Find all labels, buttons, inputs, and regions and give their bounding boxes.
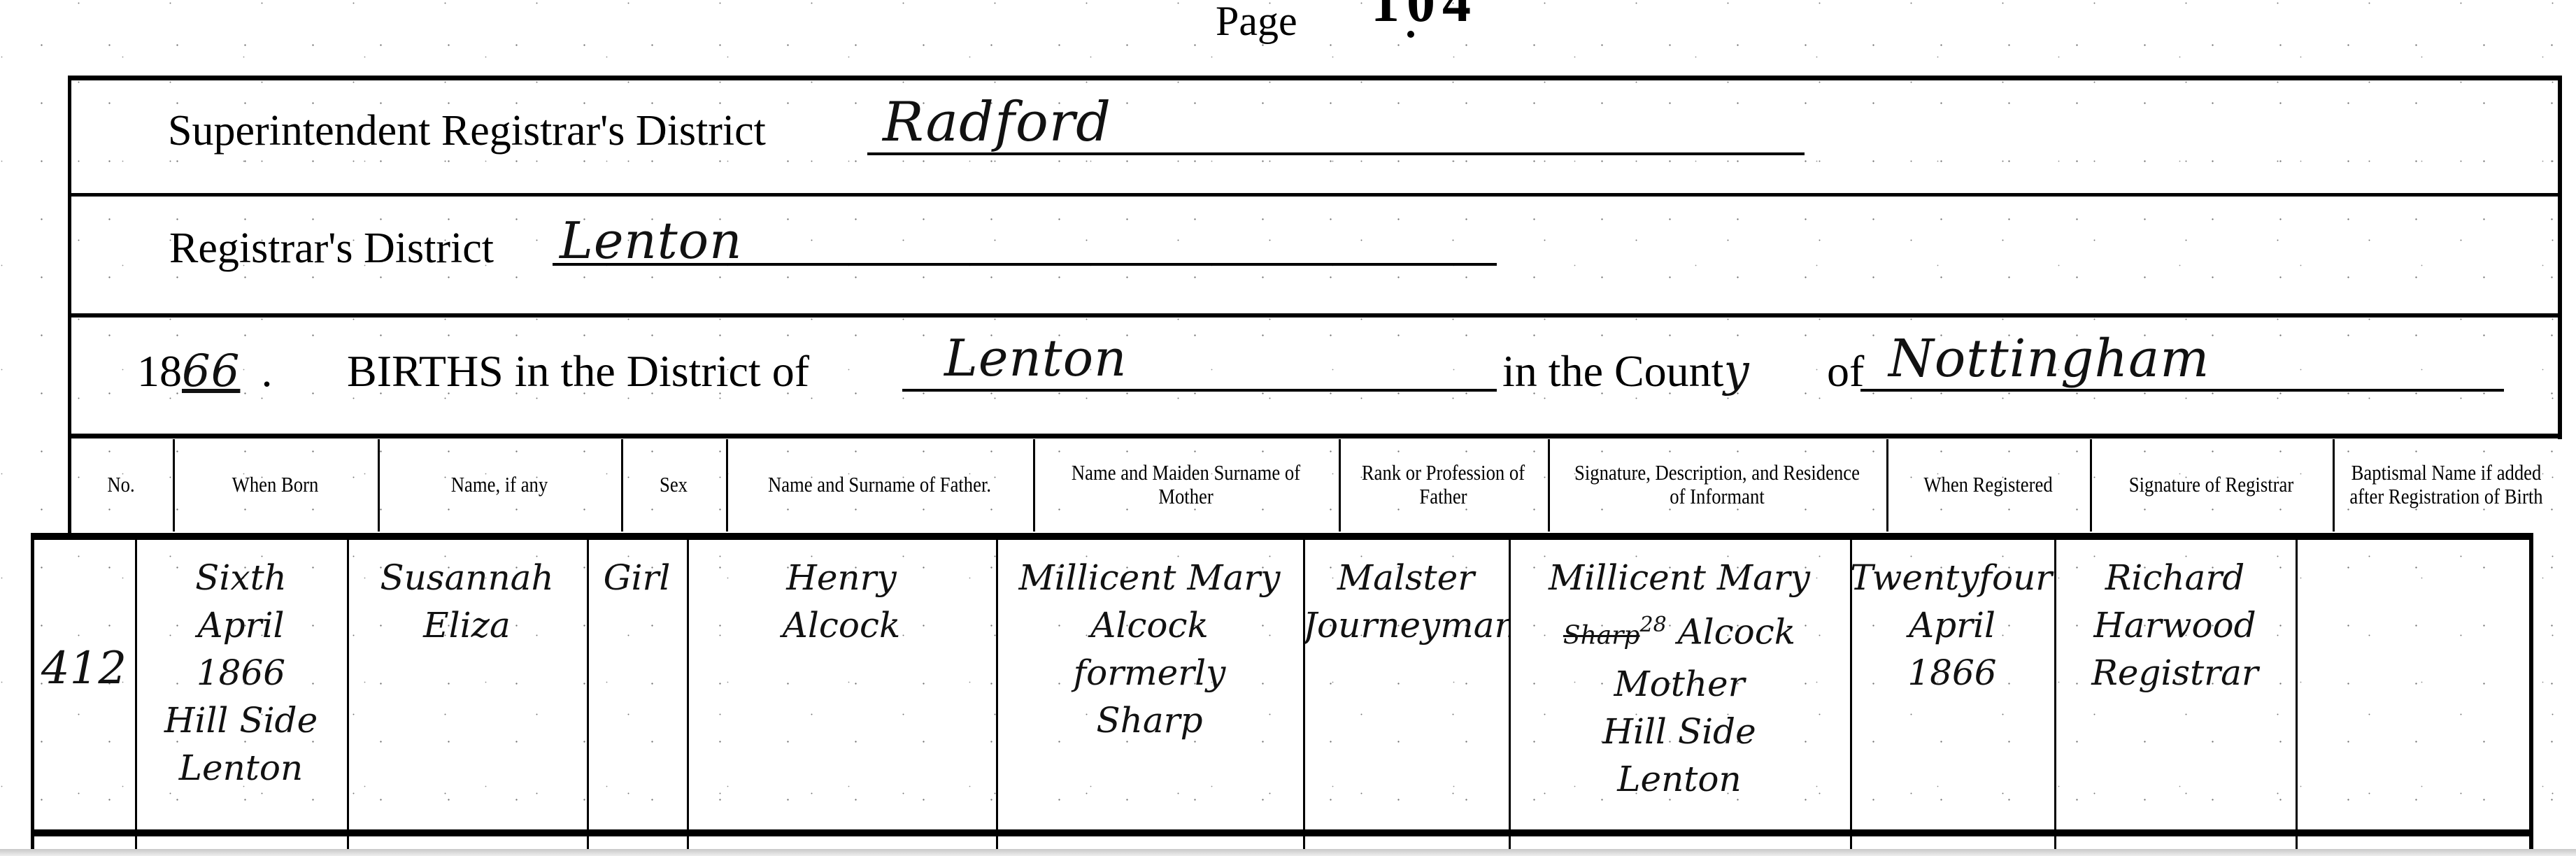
column-rule xyxy=(2296,540,2298,856)
column-rule xyxy=(135,540,137,856)
county-of-label: of xyxy=(1827,345,1864,397)
column-rule xyxy=(726,439,728,532)
column-rule xyxy=(68,434,71,533)
entry-when-registered: TwentyfourthApril1866 xyxy=(1850,540,2054,829)
registrar-district-value: Lenton xyxy=(560,211,742,270)
superintendent-district-row: Superintendent Registrar's District xyxy=(168,106,766,156)
superintendent-district-value: Radford xyxy=(883,91,1111,154)
column-rule xyxy=(2529,533,2533,856)
entry-father: HenryAlcock xyxy=(687,540,996,829)
column-rule xyxy=(1033,439,1035,532)
column-rule xyxy=(1303,540,1305,856)
column-rule xyxy=(1850,540,1852,856)
column-rule xyxy=(347,540,349,856)
divider-line xyxy=(68,193,2562,197)
column-rule xyxy=(1548,439,1550,532)
column-header-baptismal-name: Baptismal Name if added after Registrati… xyxy=(2349,439,2545,530)
district-value: Lenton xyxy=(944,329,1127,387)
column-rule xyxy=(621,439,623,532)
column-header-when-born: When Born xyxy=(187,439,364,530)
column-rule xyxy=(1339,439,1341,532)
struck-text: Sharp xyxy=(1563,622,1640,650)
divider-line xyxy=(68,313,2562,318)
column-header-no: No. xyxy=(76,439,165,530)
column-rule xyxy=(2090,439,2092,532)
registrar-fill-line xyxy=(553,263,1497,266)
superintendent-district-label: Superintendent Registrar's District xyxy=(168,107,766,155)
column-header-father: Name and Surname of Father. xyxy=(748,439,1012,530)
column-rule xyxy=(1509,540,1511,856)
entry-mother: Millicent MaryAlcockformerlySharp xyxy=(996,540,1303,829)
column-header-informant: Signature, Description, and Residence of… xyxy=(1572,439,1863,530)
column-rule xyxy=(1886,439,1888,532)
entry-registrar-signature: RichardHarwoodRegistrar xyxy=(2054,540,2296,829)
entry-informant: Millicent Mary Sharp28 Alcock Mother Hil… xyxy=(1509,540,1850,829)
page-dot xyxy=(1407,31,1414,38)
entry-top-rule xyxy=(31,533,2532,540)
column-rule xyxy=(378,439,380,532)
county-fill-line xyxy=(1860,389,2504,392)
column-header-when-registered: When Registered xyxy=(1900,439,2075,530)
column-rule xyxy=(687,540,689,856)
superintendent-fill-line xyxy=(867,152,1805,155)
entry-baptismal-name xyxy=(2296,540,2531,829)
column-header-registrar: Signature of Registrar xyxy=(2107,439,2315,530)
page-label: Page xyxy=(1216,0,1297,45)
header-table-top-rule xyxy=(68,434,2562,438)
column-rule xyxy=(587,540,589,856)
registrar-district-row: Registrar's District xyxy=(169,224,494,273)
county-label: in the County xyxy=(1502,345,1750,397)
column-header-mother: Name and Maiden Surname of Mother xyxy=(1055,439,1318,530)
column-rule xyxy=(31,533,34,856)
column-rule xyxy=(996,540,998,856)
entry-number: 412 xyxy=(33,540,135,829)
district-fill-line xyxy=(902,389,1497,392)
entry-father-profession: MalsterJourneyman xyxy=(1303,540,1509,829)
column-header-sex: Sex xyxy=(629,439,719,530)
births-label: BIRTHS in the District of xyxy=(347,345,809,397)
column-rule xyxy=(173,439,175,532)
entry-bottom-rule xyxy=(31,829,2532,836)
column-rule xyxy=(2333,439,2335,532)
column-rule xyxy=(2054,540,2056,856)
registrar-district-label: Registrar's District xyxy=(169,224,494,272)
year-handwritten: 66 xyxy=(182,345,240,397)
births-year: 1866. xyxy=(137,345,272,397)
entry-when-born: SixthApril1866Hill SideLenton xyxy=(135,540,347,829)
entry-child-name: SusannahEliza xyxy=(347,540,587,829)
column-header-profession: Rank or Profession of Father xyxy=(1353,439,1533,530)
column-header-name: Name, if any xyxy=(394,439,604,530)
page-number: 104 xyxy=(1371,0,1478,35)
entry-sex: Girl xyxy=(587,540,687,829)
viewer-bottom-edge xyxy=(0,849,2576,856)
county-value: Nottingham xyxy=(1888,329,2209,389)
